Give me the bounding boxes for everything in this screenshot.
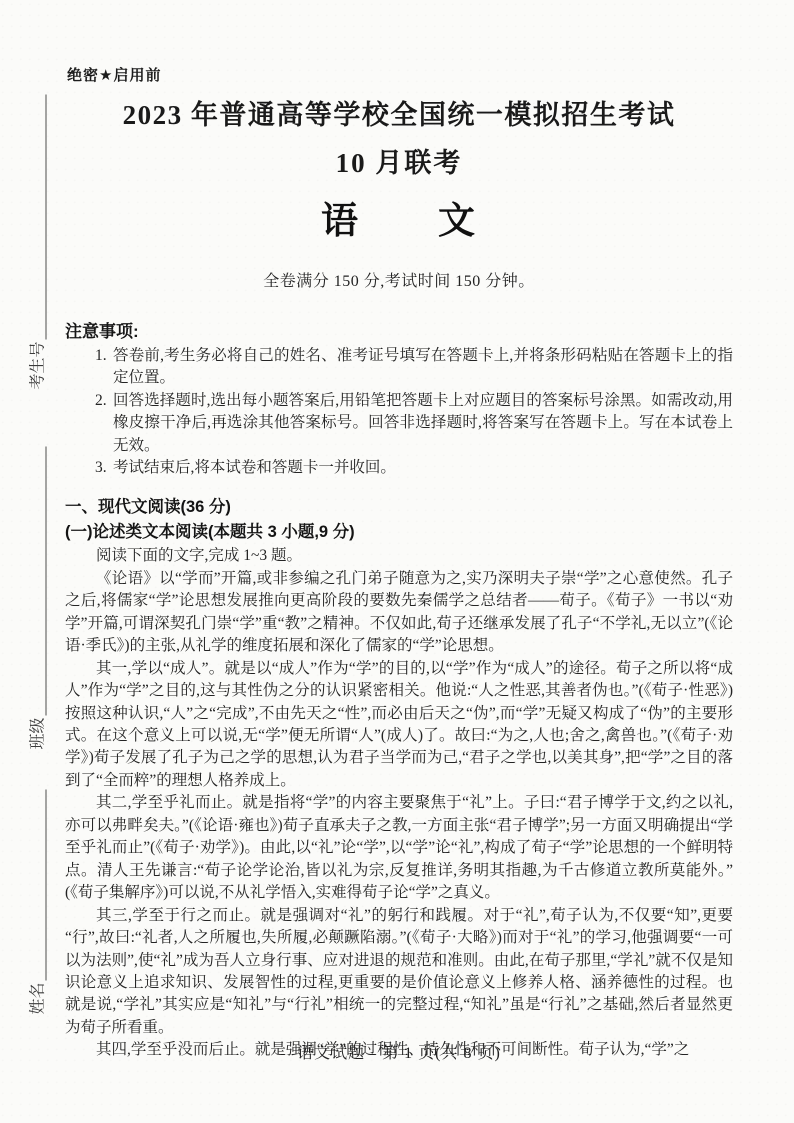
notice-item-2-text: 回答选择题时,选出每小题答案后,用铅笔把答题卡上对应题目的答案标号涂黑。如需改动… bbox=[113, 390, 733, 457]
passage-paragraph-1: 《论语》以“学而”开篇,或非参编之孔门弟子随意为之,实乃深明夫子崇“学”之心意使… bbox=[65, 568, 733, 658]
notice-section: 注意事项: 1. 答卷前,考生务必将自己的姓名、准考证号填写在答题卡上,并将条形… bbox=[65, 317, 733, 479]
notice-heading: 注意事项: bbox=[65, 317, 733, 342]
margin-field-exam-number-label: 考生号 bbox=[27, 341, 51, 389]
section-heading-part1: 一、现代文阅读(36 分) bbox=[65, 495, 733, 519]
notice-item-1: 1. 答卷前,考生务必将自己的姓名、准考证号填写在答题卡上,并将条形码粘贴在答题… bbox=[95, 345, 733, 390]
passage-paragraph-3: 其二,学至乎礼而止。就是指将“学”的内容主要聚焦于“礼”上。子曰:“君子博学于文… bbox=[65, 792, 733, 904]
notice-item-1-text: 答卷前,考生务必将自己的姓名、准考证号填写在答题卡上,并将条形码粘贴在答题卡上的… bbox=[113, 345, 733, 390]
exam-paper-page: 考生号 班级 姓名 绝密★启用前 2023 年普通高等学校全国统一模拟招生考试 … bbox=[0, 0, 794, 1123]
page-footer: 语文试题 第 1 页(共 8 页) bbox=[65, 1040, 733, 1063]
notice-item-1-number: 1. bbox=[95, 345, 113, 390]
margin-field-class-label: 班级 bbox=[27, 717, 51, 749]
passage-paragraph-2: 其一,学以“成人”。就是以“成人”作为“学”的目的,以“学”作为“成人”的途径。… bbox=[65, 658, 733, 793]
notice-item-2: 2. 回答选择题时,选出每小题答案后,用铅笔把答题卡上对应题目的答案标号涂黑。如… bbox=[95, 390, 733, 457]
subject-title: 语 文 bbox=[65, 190, 733, 244]
section-subheading-part1-1: (一)论述类文本阅读(本题共 3 小题,9 分) bbox=[65, 520, 733, 544]
notice-item-3: 3. 考试结束后,将本试卷和答题卡一并收回。 bbox=[95, 457, 733, 479]
score-duration-line: 全卷满分 150 分,考试时间 150 分钟。 bbox=[65, 268, 733, 291]
name-blank-line bbox=[46, 790, 47, 981]
notice-item-3-text: 考试结束后,将本试卷和答题卡一并收回。 bbox=[113, 457, 733, 479]
reading-instruction: 阅读下面的文字,完成 1~3 题。 bbox=[65, 545, 733, 567]
exam-title-line1: 2023 年普通高等学校全国统一模拟招生考试 bbox=[65, 93, 733, 132]
exam-title-line2: 10 月联考 bbox=[65, 141, 733, 180]
margin-field-exam-number: 考生号 bbox=[27, 95, 51, 390]
notice-item-3-number: 3. bbox=[95, 457, 113, 479]
margin-field-class: 班级 bbox=[27, 447, 51, 750]
margin-field-name-label: 姓名 bbox=[27, 982, 51, 1014]
modern-reading-section: 一、现代文阅读(36 分) (一)论述类文本阅读(本题共 3 小题,9 分) 阅… bbox=[65, 495, 733, 1061]
exam-number-blank-line bbox=[46, 95, 47, 340]
passage-paragraph-4: 其三,学至于行之而止。就是强调对“礼”的躬行和践履。对于“礼”,荀子认为,不仅要… bbox=[65, 905, 733, 1040]
reading-passage: 《论语》以“学而”开篇,或非参编之孔门弟子随意为之,实乃深明夫子崇“学”之心意使… bbox=[65, 568, 733, 1062]
paper-content: 绝密★启用前 2023 年普通高等学校全国统一模拟招生考试 10 月联考 语 文… bbox=[65, 60, 733, 1062]
notice-item-2-number: 2. bbox=[95, 390, 113, 457]
class-blank-line bbox=[46, 447, 47, 716]
margin-field-name: 姓名 bbox=[27, 790, 51, 1015]
classification-banner: 绝密★启用前 bbox=[67, 64, 733, 85]
